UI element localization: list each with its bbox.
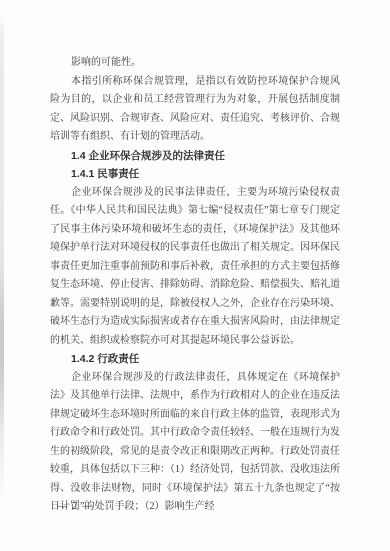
paragraph-compliance-definition: 本指引所称环保合规管理，是指以有效防控环境保护合规风险为目的，以企业和员工经营管… — [50, 73, 340, 147]
paragraph-administrative-liability: 企业环保合规涉及的行政法律责任，具体规定在《环境保护法》及其他单行法律、法规中，… — [50, 369, 340, 517]
scan-edge-shadow — [0, 12, 4, 504]
document-page: 影响的可能性。 本指引所称环保合规管理，是指以有效防控环境保护合规风险为目的，以… — [0, 0, 390, 551]
page-number: — 2 — — [57, 500, 94, 514]
paragraph-civil-liability: 企业环保合规涉及的民事法律责任，主要为环境污染侵权责任。《中华人民共和国民法典》… — [50, 184, 340, 351]
subsection-heading-1-4-1: 1.4.1 民事责任 — [50, 165, 340, 184]
section-heading-1-4: 1.4 企业环保合规涉及的法律责任 — [50, 147, 340, 166]
subsection-heading-1-4-2: 1.4.2 行政责任 — [50, 350, 340, 369]
page-content: 影响的可能性。 本指引所称环保合规管理，是指以有效防控环境保护合规风险为目的，以… — [50, 54, 340, 517]
paragraph-continuation: 影响的可能性。 — [50, 54, 340, 73]
